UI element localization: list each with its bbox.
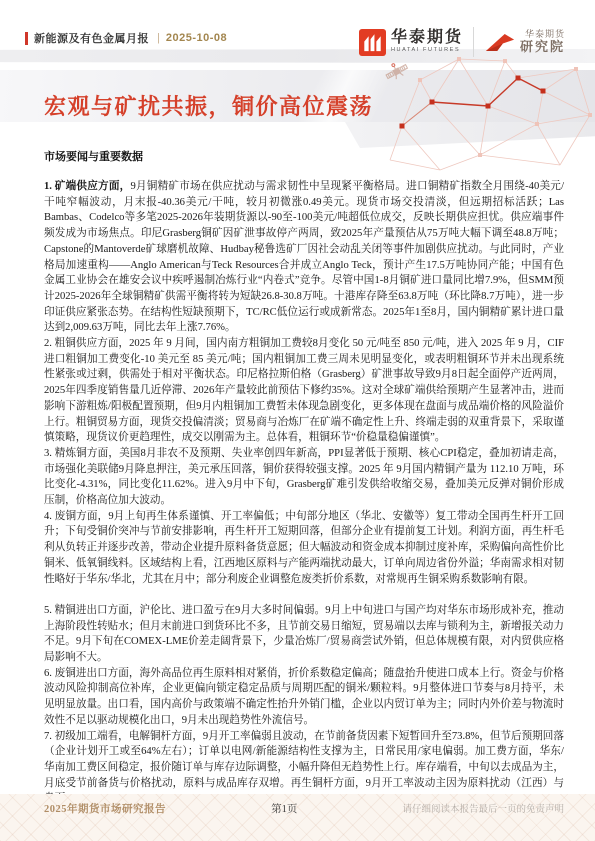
paragraph-6-text: 6. 废铜进出口方面，海外高品位再生原料相对紧俏，折价系数稳定偏高；随盘抬升使进…	[44, 668, 564, 726]
footer-report-series: 2025年期货市场研究报告	[44, 801, 166, 816]
huatai-logo-text: 华泰期货 HUATAI FUTURES	[391, 30, 463, 54]
footer-disclaimer: 请仔细阅读本报告最后一页的免责声明	[402, 801, 564, 815]
research-institute-logo: 华泰期货 研究院	[484, 30, 565, 54]
brand-logos: 华泰期货 HUATAI FUTURES 华泰期货 研究院	[359, 22, 565, 62]
paragraph-3: 3. 精炼铜方面，美国8月非农不及预期、失业率创四年新高，PPI显著低于预期、核…	[44, 446, 564, 509]
network-mesh-graphic	[380, 55, 595, 175]
paragraph-4-text: 4. 废铜方面，9月上旬再生体系谨慎、开工率偏低；中旬部分地区（华北、安徽等）复…	[44, 511, 564, 585]
paragraph-5: 5. 精铜进出口方面，沪伦比、进口盈亏在9月大多时间偏弱。9月上中旬进口与国产均…	[44, 603, 564, 666]
footer-row: 2025年期货市场研究报告 第1页 请仔细阅读本报告最后一页的免责声明	[44, 801, 564, 816]
footer-page-number: 第1页	[271, 801, 297, 816]
accent-bar	[25, 32, 28, 45]
logo-divider	[473, 27, 474, 57]
report-page: 新能源及有色金属月报 | 2025-10-08 华泰期货 HUATAI FUTU…	[0, 0, 595, 841]
page-header: 新能源及有色金属月报 | 2025-10-08 华泰期货 HUATAI FUTU…	[25, 22, 573, 64]
footer-band: 2025年期货市场研究报告 第1页 请仔细阅读本报告最后一页的免责声明	[0, 794, 595, 841]
header-separator: |	[157, 32, 160, 44]
paragraph-2: 2. 粗铜供应方面，2025 年 9 月间，国内南方粗铜加工费较8月变化 50 …	[44, 336, 564, 446]
report-type-block: 新能源及有色金属月报 | 2025-10-08	[25, 30, 227, 46]
research-institute-logo-icon	[484, 32, 516, 53]
paragraph-1-lead: 1. 矿端供应方面，	[44, 181, 130, 192]
report-type-label: 新能源及有色金属月报	[34, 30, 149, 46]
paragraph-5-text: 5. 精铜进出口方面，沪伦比、进口盈亏在9月大多时间偏弱。9月上中旬进口与国产均…	[44, 605, 564, 663]
huatai-logo-cn: 华泰期货	[391, 30, 463, 46]
page-title: 宏观与矿扰共振，铜价高位震荡	[44, 90, 373, 121]
paragraph-4: 4. 废铜方面，9月上旬再生体系谨慎、开工率偏低；中旬部分地区（华北、安徽等）复…	[44, 509, 564, 588]
paragraph-3-text: 3. 精炼铜方面，美国8月非农不及预期、失业率创四年新高，PPI显著低于预期、核…	[44, 448, 564, 506]
huatai-futures-logo-icon	[359, 29, 386, 56]
paragraph-2-text: 2. 粗铜供应方面，2025 年 9 月间，国内南方粗铜加工费较8月变化 50 …	[44, 338, 564, 443]
huatai-logo-en: HUATAI FUTURES	[391, 48, 463, 54]
paragraph-1-text: 9月铜精矿市场在供应扰动与需求韧性中呈现紧平衡格局。进口铜精矿指数全月围绕-40…	[44, 181, 564, 333]
institute-logo-text: 华泰期货 研究院	[520, 30, 565, 54]
institute-logo-line2: 研究院	[520, 40, 565, 54]
section-heading: 市场要闻与重要数据	[44, 148, 143, 164]
paragraph-1: 1. 矿端供应方面，9月铜精矿市场在供应扰动与需求韧性中呈现紧平衡格局。进口铜精…	[44, 179, 564, 336]
report-body: 1. 矿端供应方面，9月铜精矿市场在供应扰动与需求韧性中呈现紧平衡格局。进口铜精…	[44, 179, 564, 807]
report-date: 2025-10-08	[166, 32, 227, 44]
paragraph-6: 6. 废铜进出口方面，海外高品位再生原料相对紧俏，折价系数稳定偏高；随盘抬升使进…	[44, 666, 564, 729]
huatai-futures-logo: 华泰期货 HUATAI FUTURES	[359, 29, 463, 56]
